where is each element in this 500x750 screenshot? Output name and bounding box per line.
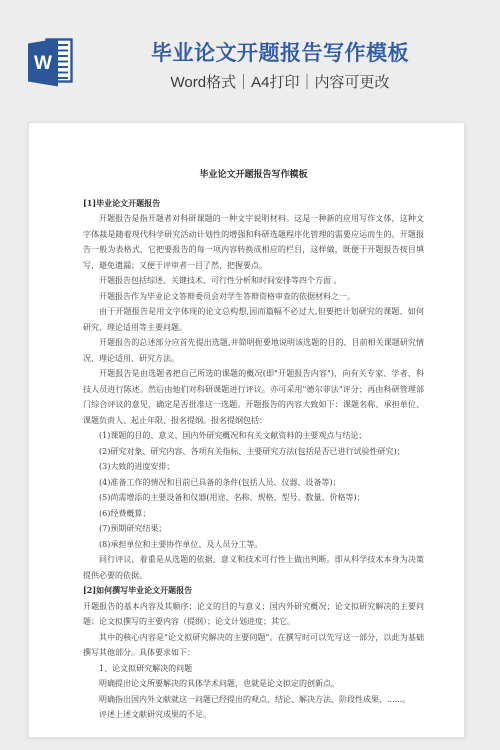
paragraph: (3)大致的进度安排；	[83, 459, 424, 475]
paragraph: (2)研究对象、研究内容、各项有关指标、主要研究方法(包括是否已进行试验性研究)…	[83, 444, 424, 460]
document-title: 毕业论文开题报告写作模板	[83, 168, 424, 184]
section-heading: [2]如何撰写毕业论文开题报告	[83, 583, 424, 599]
paragraph: (5)尚需增添的主要设备和仪器(用途、名称、规格、型号、数量、价格等)；	[83, 490, 424, 506]
paragraph: 由于开题报告是用文字体现的论文总构想,因而篇幅不必过大,但要把计划研究的课题、如…	[83, 304, 424, 335]
paragraph: 同行评议，着重是从选题的依据、意义和技术可行性上做出判断。即从科学技术本身为决策…	[83, 552, 424, 583]
paragraph: 开题报告是由选题者把自己所选的课题的概况(即"开题报告内容")，向有关专家、学者…	[83, 366, 424, 428]
header-text: 毕业论文开题报告写作模板 Word格式｜A4打印｜内容可更改	[151, 40, 409, 92]
header: W 毕业论文开题报告写作模板 Word格式｜A4打印｜内容可更改	[0, 0, 500, 122]
paragraph: 开题报告的基本内容及其顺序：论文的目的与意义；国内外研究概况；论文拟研究解决的主…	[83, 599, 424, 630]
paragraph: 1、论文拟研究解决的问题	[83, 661, 424, 677]
paragraph: 开题报告的总述部分应首先提出选题,并简明扼要地说明该选题的目的、目前相关课题研究…	[83, 335, 424, 366]
paragraph: 开题报告是指开题者对科研课题的一种文字说明材料。这是一种新的应用写作文体，这种文…	[83, 211, 424, 273]
paragraph: (1)课题的目的、意义、国内外研究概况和有关文献资料的主要观点与结论；	[83, 428, 424, 444]
paragraph: (8)承担单位和主要协作单位、及人员分工等。	[83, 537, 424, 553]
paragraph: (7)预期研究结果；	[83, 521, 424, 537]
page-subtitle: Word格式｜A4打印｜内容可更改	[151, 73, 409, 92]
word-icon: W	[28, 36, 74, 88]
document-page: 毕业论文开题报告写作模板 [1]毕业论文开题报告开题报告是指开题者对科研课题的一…	[28, 122, 465, 738]
paragraph: 开题报告包括综述、关键技术、可行性分析和时间安排等四个方面 。	[83, 273, 424, 289]
paragraph: (4)准备工作的情况和目前已具备的条件(包括人员、仪器、设备等)；	[83, 475, 424, 491]
section-heading: [1]毕业论文开题报告	[83, 196, 424, 212]
svg-text:W: W	[34, 53, 52, 74]
paragraph: (6)经费概算；	[83, 506, 424, 522]
paragraph: 其中的核心内容是"论文拟研究解决的主要问题"。在撰写时可以先写这一部分，以此为基…	[83, 630, 424, 661]
paragraph: 评述上述文献研究成果的不足。	[83, 707, 424, 723]
paragraph: 明确指出国内外文献就这一问题已经提出的观点、结论、解决方法、阶段性成果、....…	[83, 692, 424, 708]
page-title: 毕业论文开题报告写作模板	[151, 40, 409, 68]
document-body: [1]毕业论文开题报告开题报告是指开题者对科研课题的一种文字说明材料。这是一种新…	[83, 196, 424, 723]
paragraph: 开题报告作为毕业论文答辩委员会对学生答辩资格审查的依据材料之一。	[83, 289, 424, 305]
paragraph: 明确提出论文所要解决的具体学术问题，也就是论文拟定的创新点。	[83, 676, 424, 692]
template-preview: W 毕业论文开题报告写作模板 Word格式｜A4打印｜内容可更改 毕业论文开题报…	[0, 0, 500, 750]
